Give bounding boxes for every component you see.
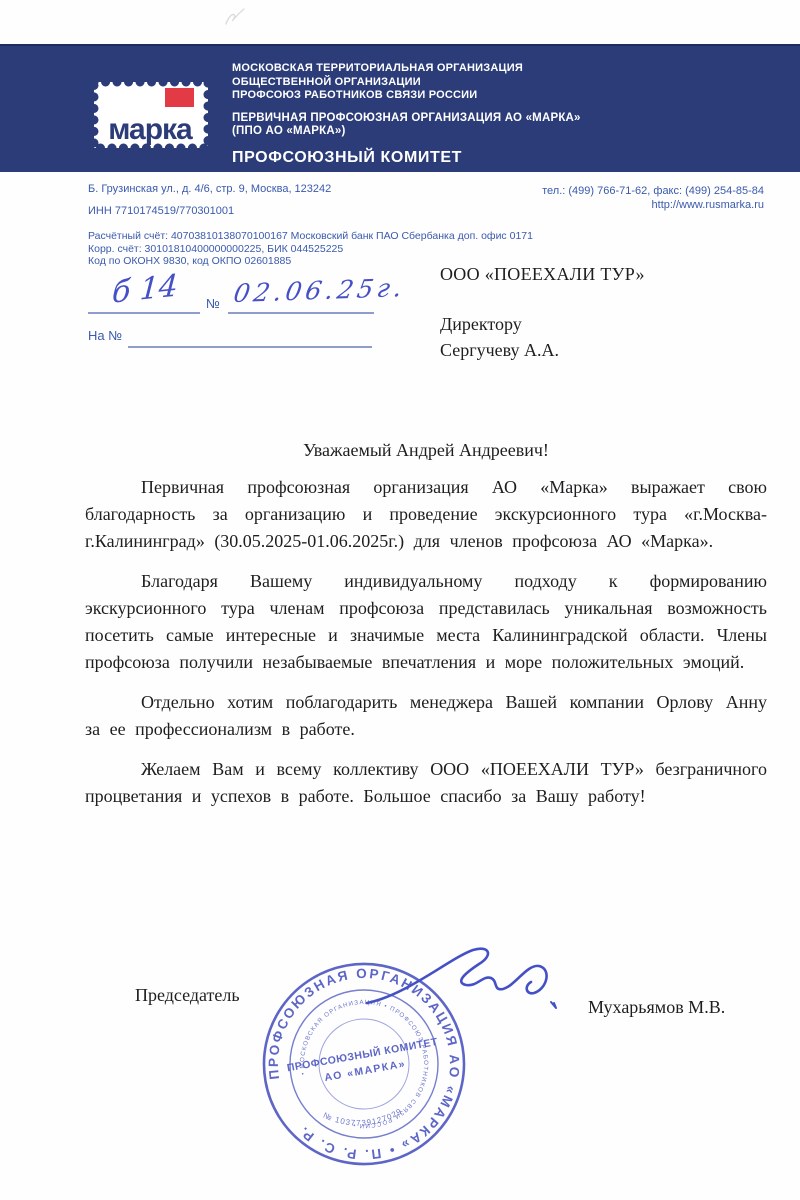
reply-blank-line <box>128 346 372 348</box>
recipient-name: Сергучеву А.А. <box>440 337 645 363</box>
contact-details-right: тел.: (499) 766-71-62, факс: (499) 254-8… <box>542 184 764 212</box>
handwritten-outgoing-number: б 14 <box>111 268 179 310</box>
logo-red-square <box>165 88 194 107</box>
letterhead-text: МОСКОВСКАЯ ТЕРРИТОРИАЛЬНАЯ ОРГАНИЗАЦИЯ О… <box>232 62 581 167</box>
recipient-company: ООО «ПОЕЕХАЛИ ТУР» <box>440 264 645 285</box>
primary-org-line: ПЕРВИЧНАЯ ПРОФСОЮЗНАЯ ОРГАНИЗАЦИЯ АО «МА… <box>232 112 581 126</box>
contact-details-left: Б. Грузинская ул., д. 4/6, стр. 9, Москв… <box>88 183 558 268</box>
signature-scribble <box>355 933 585 1023</box>
letter-body: Уважаемый Андрей Андреевич! Первичная пр… <box>85 440 767 810</box>
recipient-block: ООО «ПОЕЕХАЛИ ТУР» Директору Сергучеву А… <box>440 264 645 363</box>
signer-position: Председатель <box>135 985 240 1006</box>
reply-to-number-label: На № <box>88 328 122 343</box>
pencil-mark <box>222 4 248 30</box>
org-line: ОБЩЕСТВЕННОЙ ОРГАНИЗАЦИИ <box>232 76 581 90</box>
date-blank-line <box>228 312 374 314</box>
salutation: Уважаемый Андрей Андреевич! <box>85 440 767 461</box>
recipient-position: Директору <box>440 311 645 337</box>
primary-org-line: (ППО АО «МАРКА») <box>232 125 581 139</box>
bank-account: Расчётный счёт: 40703810138070100167 Мос… <box>88 230 558 243</box>
stamp-reg-number: № 1037739127029 <box>321 1097 405 1134</box>
letter-page: марка МОСКОВСКАЯ ТЕРРИТОРИАЛЬНАЯ ОРГАНИЗ… <box>0 0 800 1200</box>
number-label: № <box>206 296 220 311</box>
org-line: ПРОФСОЮЗ РАБОТНИКОВ СВЯЗИ РОССИИ <box>232 89 581 103</box>
svg-text:№ 1037739127029: № 1037739127029 <box>321 1097 405 1134</box>
logo-wordmark: марка <box>108 113 193 146</box>
handwritten-date: 02.06.25г. <box>231 273 408 308</box>
committee-title: ПРОФСОЮЗНЫЙ КОМИТЕТ <box>232 149 581 167</box>
phone-fax: тел.: (499) 766-71-62, факс: (499) 254-8… <box>542 184 764 198</box>
paragraph: Благодаря Вашему индивидуальному подходу… <box>85 568 767 676</box>
org-line: МОСКОВСКАЯ ТЕРРИТОРИАЛЬНАЯ ОРГАНИЗАЦИЯ <box>232 62 581 76</box>
inn-number: ИНН 7710174519/770301001 <box>88 205 558 217</box>
corr-account: Корр. счёт: 30101810400000000225, БИК 04… <box>88 243 558 256</box>
paragraph: Желаем Вам и всему коллективу ООО «ПОЕЕХ… <box>85 756 767 810</box>
marka-stamp-logo: марка <box>88 76 214 154</box>
number-blank-line <box>88 312 200 314</box>
letterhead-banner: марка МОСКОВСКАЯ ТЕРРИТОРИАЛЬНАЯ ОРГАНИЗ… <box>0 44 800 172</box>
paragraph: Первичная профсоюзная организация АО «Ма… <box>85 474 767 555</box>
postal-address: Б. Грузинская ул., д. 4/6, стр. 9, Москв… <box>88 183 558 195</box>
paragraph: Отдельно хотим поблагодарить менеджера В… <box>85 689 767 743</box>
website-url: http://www.rusmarka.ru <box>542 198 764 212</box>
signer-name: Мухарьямов М.В. <box>588 997 725 1018</box>
